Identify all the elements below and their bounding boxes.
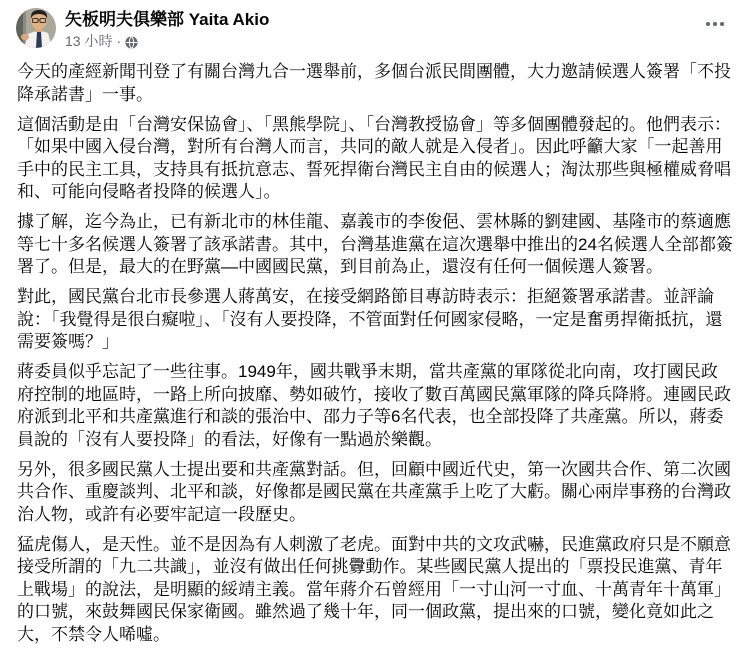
ellipsis-dot — [720, 22, 724, 26]
post-paragraph-3: 據了解，迄今為止，已有新北市的林佳龍、嘉義市的李俊俋、雲林縣的劉建國、基隆市的蔡… — [17, 211, 733, 279]
post-header: 矢板明夫俱樂部 Yaita Akio 13 小時 · — [0, 0, 750, 55]
author-name[interactable]: 矢板明夫俱樂部 Yaita Akio — [65, 9, 734, 30]
post-paragraph-6: 另外，很多國民黨人士提出要和共產黨對話。但，回顧中國近代史，第一次國共合作、第二… — [17, 459, 733, 527]
post-meta: 13 小時 · — [65, 32, 734, 51]
ellipsis-dot — [713, 22, 717, 26]
post-paragraph-2: 這個活動是由「台灣安保協會」、「黑熊學院」、「台灣教授協會」等多個團體發起的。他… — [17, 114, 733, 204]
avatar[interactable] — [16, 8, 56, 48]
post-header-text: 矢板明夫俱樂部 Yaita Akio 13 小時 · — [65, 8, 734, 51]
avatar-image — [16, 8, 56, 48]
timestamp[interactable]: 13 小時 — [65, 32, 112, 51]
post-paragraph-1: 今天的產經新聞刊登了有關台灣九合一選舉前，多個台派民間團體，大力邀請候選人簽署「… — [17, 61, 733, 106]
post-paragraph-7: 猛虎傷人，是天性。並不是因為有人刺激了老虎。面對中共的文攻武嚇，民進黨政府只是不… — [17, 534, 733, 647]
ellipsis-dot — [706, 22, 710, 26]
more-options-button[interactable] — [700, 14, 730, 34]
post-paragraph-5: 蔣委員似乎忘記了一些往事。1949年，國共戰爭末期，當共產黨的軍隊從北向南，攻打… — [17, 361, 733, 451]
post-body: 今天的產經新聞刊登了有關台灣九合一選舉前，多個台派民間團體，大力邀請候選人簽署「… — [0, 55, 750, 646]
meta-separator: · — [116, 32, 121, 51]
globe-public-icon — [125, 36, 138, 49]
facebook-post: 矢板明夫俱樂部 Yaita Akio 13 小時 · 今天的產經新聞刊登了有關台… — [0, 0, 750, 653]
post-paragraph-4: 對此，國民黨台北市長參選人蔣萬安，在接受網路節目專訪時表示：拒絕簽署承諾書。並評… — [17, 286, 733, 354]
